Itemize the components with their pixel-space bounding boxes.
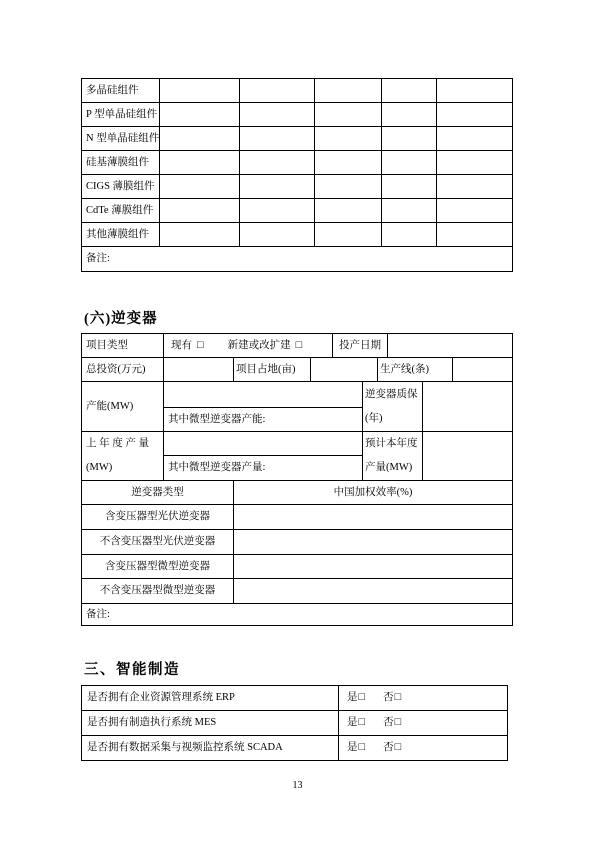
empty-cell[interactable] xyxy=(160,79,240,103)
investment-row: 总投资(万元) 项目占地(亩) 生产线(条) xyxy=(82,358,513,382)
empty-cell[interactable] xyxy=(160,103,240,127)
table-row: P 型单晶硅组件 xyxy=(82,103,513,127)
smart-manufacturing-table: 是否拥有企业资源管理系统 ERP 是□否□ 是否拥有制造执行系统 MES 是□否… xyxy=(81,685,508,761)
empty-cell[interactable] xyxy=(240,223,315,247)
last-year-output-line1: 上 年 度 产 量 xyxy=(86,432,159,456)
empty-cell[interactable] xyxy=(315,103,382,127)
table-row: N 型单晶硅组件 xyxy=(82,127,513,151)
empty-cell[interactable] xyxy=(315,79,382,103)
type-row: 不含变压器型微型逆变器 xyxy=(82,579,513,604)
capacity-label: 产能(MW) xyxy=(82,382,164,432)
type-label-micro-with-transformer: 含变压器型微型逆变器 xyxy=(82,555,234,579)
total-investment-label: 总投资(万元) xyxy=(82,358,164,382)
empty-cell[interactable] xyxy=(240,103,315,127)
empty-cell[interactable] xyxy=(437,223,513,247)
empty-cell[interactable] xyxy=(437,151,513,175)
yes-label: 是 xyxy=(347,692,358,703)
new-or-expand-checkbox[interactable]: □ xyxy=(296,339,303,351)
yes-checkbox[interactable]: □ xyxy=(359,716,366,728)
no-label: 否 xyxy=(383,717,394,728)
no-label: 否 xyxy=(383,692,394,703)
row-label-other-thinfilm-module: 其他薄膜组件 xyxy=(82,223,160,247)
empty-cell[interactable] xyxy=(437,127,513,151)
capacity-value-cell[interactable] xyxy=(164,382,363,408)
micro-output-label[interactable]: 其中微型逆变器产量: xyxy=(164,456,363,481)
empty-cell[interactable] xyxy=(240,79,315,103)
type-row: 含变压器型微型逆变器 xyxy=(82,555,513,579)
question-erp: 是否拥有企业资源管理系统 ERP xyxy=(82,686,339,711)
empty-cell[interactable] xyxy=(382,103,437,127)
existing-option-label: 现有 xyxy=(171,340,192,351)
empty-cell[interactable] xyxy=(382,151,437,175)
note-row: 备注: xyxy=(82,247,513,272)
micro-capacity-label[interactable]: 其中微型逆变器产能: xyxy=(164,408,363,432)
empty-cell[interactable] xyxy=(160,223,240,247)
empty-cell[interactable] xyxy=(160,127,240,151)
table-row: 其他薄膜组件 xyxy=(82,223,513,247)
project-type-row: 项目类型 现有□新建或改扩建□ 投产日期 xyxy=(82,334,513,358)
answer-cell: 是□否□ xyxy=(339,711,508,736)
empty-cell[interactable] xyxy=(382,79,437,103)
empty-cell[interactable] xyxy=(315,127,382,151)
empty-cell[interactable] xyxy=(160,199,240,223)
project-type-label: 项目类型 xyxy=(82,334,164,358)
production-lines-label: 生产线(条) xyxy=(378,358,453,382)
efficiency-value-cell[interactable] xyxy=(234,530,513,555)
answer-cell: 是□否□ xyxy=(339,736,508,761)
yes-checkbox[interactable]: □ xyxy=(359,741,366,753)
section-heading-inverter: (六)逆变器 xyxy=(84,307,158,328)
existing-checkbox[interactable]: □ xyxy=(197,339,204,351)
efficiency-value-cell[interactable] xyxy=(234,555,513,579)
question-scada: 是否拥有数据采集与视频监控系统 SCADA xyxy=(82,736,339,761)
empty-cell[interactable] xyxy=(437,79,513,103)
production-date-value-cell[interactable] xyxy=(388,334,513,358)
type-label-pv-with-transformer: 含变压器型光伏逆变器 xyxy=(82,505,234,530)
document-page: 多晶硅组件 P 型单晶硅组件 N 型单晶硅组件 硅基薄膜组件 xyxy=(0,0,595,841)
empty-cell[interactable] xyxy=(437,199,513,223)
type-label-pv-without-transformer: 不含变压器型光伏逆变器 xyxy=(82,530,234,555)
last-year-output-value-cell[interactable] xyxy=(164,432,363,456)
empty-cell[interactable] xyxy=(315,199,382,223)
table-row: 硅基薄膜组件 xyxy=(82,151,513,175)
note-label[interactable]: 备注: xyxy=(82,604,513,626)
yes-label: 是 xyxy=(347,717,358,728)
last-year-output-line2: (MW) xyxy=(86,456,159,480)
note-label[interactable]: 备注: xyxy=(82,247,513,272)
table-row: CdTe 薄膜组件 xyxy=(82,199,513,223)
production-lines-value-cell[interactable] xyxy=(453,358,513,382)
row-label-cdte-thinfilm-module: CdTe 薄膜组件 xyxy=(82,199,160,223)
empty-cell[interactable] xyxy=(382,127,437,151)
table-row: 是否拥有数据采集与视频监控系统 SCADA 是□否□ xyxy=(82,736,508,761)
table-row: 是否拥有制造执行系统 MES 是□否□ xyxy=(82,711,508,736)
type-label-micro-without-transformer: 不含变压器型微型逆变器 xyxy=(82,579,234,604)
expected-output-value-cell[interactable] xyxy=(423,432,513,481)
efficiency-value-cell[interactable] xyxy=(234,505,513,530)
empty-cell[interactable] xyxy=(437,103,513,127)
empty-cell[interactable] xyxy=(160,151,240,175)
inverter-type-header: 逆变器类型 xyxy=(82,481,234,505)
question-mes: 是否拥有制造执行系统 MES xyxy=(82,711,339,736)
table-row: CIGS 薄膜组件 xyxy=(82,175,513,199)
warranty-value-cell[interactable] xyxy=(423,382,513,432)
no-label: 否 xyxy=(383,742,394,753)
project-type-options: 现有□新建或改扩建□ xyxy=(164,334,333,358)
total-investment-value-cell[interactable] xyxy=(164,358,234,382)
type-row: 不含变压器型光伏逆变器 xyxy=(82,530,513,555)
row-label-p-type-mono-module: P 型单晶硅组件 xyxy=(82,103,160,127)
table-row: 多晶硅组件 xyxy=(82,79,513,103)
warranty-label: 逆变器质保 (年) xyxy=(363,382,423,432)
table-row: 是否拥有企业资源管理系统 ERP 是□否□ xyxy=(82,686,508,711)
expected-output-line2: 产量(MW) xyxy=(365,456,420,480)
empty-cell[interactable] xyxy=(437,175,513,199)
row-label-n-type-mono-module: N 型单晶硅组件 xyxy=(82,127,160,151)
empty-cell[interactable] xyxy=(382,175,437,199)
efficiency-header: 中国加权效率(%) xyxy=(234,481,513,505)
warranty-label-line2: (年) xyxy=(365,407,420,431)
row-label-polysilicon-module: 多晶硅组件 xyxy=(82,79,160,103)
no-checkbox[interactable]: □ xyxy=(395,691,402,703)
warranty-label-line1: 逆变器质保 xyxy=(365,383,420,407)
type-row: 含变压器型光伏逆变器 xyxy=(82,505,513,530)
land-area-label: 项目占地(亩) xyxy=(234,358,311,382)
no-checkbox[interactable]: □ xyxy=(395,716,402,728)
land-area-value-cell[interactable] xyxy=(311,358,378,382)
module-output-table: 多晶硅组件 P 型单晶硅组件 N 型单晶硅组件 硅基薄膜组件 xyxy=(81,78,513,272)
empty-cell[interactable] xyxy=(240,127,315,151)
row-label-silicon-thinfilm-module: 硅基薄膜组件 xyxy=(82,151,160,175)
inverter-table: 项目类型 现有□新建或改扩建□ 投产日期 总投资(万元) 项目占地(亩) 生产线… xyxy=(81,333,513,626)
empty-cell[interactable] xyxy=(315,223,382,247)
expected-output-label: 预计本年度 产量(MW) xyxy=(363,432,423,481)
last-year-output-row: 上 年 度 产 量 (MW) 预计本年度 产量(MW) xyxy=(82,432,513,456)
type-header-row: 逆变器类型 中国加权效率(%) xyxy=(82,481,513,505)
page-number: 13 xyxy=(0,780,595,791)
last-year-output-label: 上 年 度 产 量 (MW) xyxy=(82,432,164,481)
answer-cell: 是□否□ xyxy=(339,686,508,711)
note-row: 备注: xyxy=(82,604,513,626)
yes-label: 是 xyxy=(347,742,358,753)
section-heading-smart-manufacturing: 三、智能制造 xyxy=(84,658,180,679)
empty-cell[interactable] xyxy=(382,199,437,223)
expected-output-line1: 预计本年度 xyxy=(365,432,420,456)
row-label-cigs-thinfilm-module: CIGS 薄膜组件 xyxy=(82,175,160,199)
capacity-row: 产能(MW) 逆变器质保 (年) xyxy=(82,382,513,408)
empty-cell[interactable] xyxy=(315,175,382,199)
empty-cell[interactable] xyxy=(240,151,315,175)
no-checkbox[interactable]: □ xyxy=(395,741,402,753)
efficiency-value-cell[interactable] xyxy=(234,579,513,604)
empty-cell[interactable] xyxy=(240,175,315,199)
empty-cell[interactable] xyxy=(382,223,437,247)
production-date-label: 投产日期 xyxy=(333,334,388,358)
empty-cell[interactable] xyxy=(160,175,240,199)
new-or-expand-option-label: 新建或改扩建 xyxy=(228,340,291,351)
yes-checkbox[interactable]: □ xyxy=(359,691,366,703)
empty-cell[interactable] xyxy=(315,151,382,175)
empty-cell[interactable] xyxy=(240,199,315,223)
